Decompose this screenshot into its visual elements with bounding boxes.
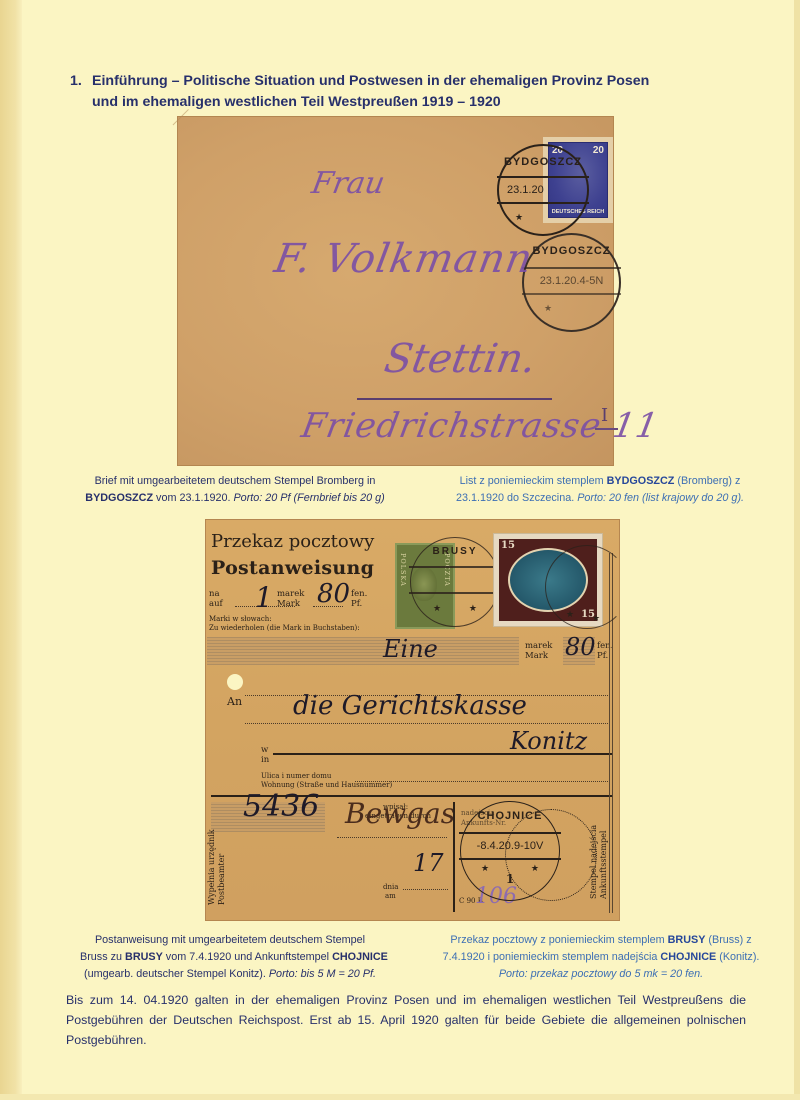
label-mark: Mark	[277, 599, 300, 609]
postmark-bar	[459, 832, 561, 834]
recipient-place: Konitz	[510, 727, 587, 755]
signature-line	[337, 837, 447, 838]
caption-line: Postanweisung mit umgearbeitetem deutsch…	[80, 932, 380, 949]
postmark-bar	[459, 858, 561, 860]
star-icon: ★	[592, 614, 600, 624]
amount-words-field	[207, 637, 519, 665]
caption-line: Brief mit umgearbeitetem deutschem Stemp…	[85, 473, 385, 490]
label-pf: Pf.	[597, 651, 608, 661]
caption-bold: CHOJNICE	[660, 951, 716, 963]
caption-text: (Bruss) z	[705, 934, 751, 946]
caption-line: 23.1.1920 do Szczecina. Porto: 20 fen (l…	[440, 490, 760, 507]
punch-hole	[227, 674, 243, 690]
star-icon: ★	[433, 604, 441, 614]
envelope-corner-mark	[173, 109, 205, 141]
form-title-polish: Przekaz pocztowy	[211, 531, 374, 552]
label-na: na	[209, 589, 220, 599]
label-fen: fen.	[351, 589, 367, 599]
caption-text: 23.1.1920 do Szczecina.	[456, 492, 577, 504]
caption-bold: BYDGOSZCZ	[85, 492, 153, 504]
postmark-bar	[497, 202, 589, 204]
clerk-signature: Bewgas	[345, 797, 455, 830]
label-street-pl: Ulica i numer domu	[261, 772, 331, 781]
caption-text: List z poniemieckim stemplem	[460, 475, 607, 487]
label-in: in	[261, 755, 269, 765]
caption-line: (umgearb. deutscher Stempel Konitz). Por…	[80, 966, 380, 983]
page-binding-edge	[0, 0, 22, 1100]
postmark-bydgoszcz-1: BYDGOSZCZ 23.1.20 ★	[497, 144, 589, 236]
caption-line: 7.4.1920 i poniemieckim stemplem nadejśc…	[436, 949, 766, 966]
street-line	[355, 781, 610, 782]
stamp-value: 15	[501, 540, 515, 551]
caption-text: vom 23.1.1920.	[153, 492, 233, 504]
postmark-city: BYDGOSZCZ	[499, 156, 587, 168]
caption-bold: BRUSY	[668, 934, 706, 946]
recipient-name: die Gerichtskasse	[293, 691, 527, 721]
label-words-de: Zu wiederholen (die Mark in Buchstaben):	[209, 624, 360, 633]
address-underline	[357, 398, 552, 400]
postmark-city: BRUSY	[411, 546, 499, 557]
caption-order-german: Postanweisung mit umgearbeitetem deutsch…	[80, 932, 380, 983]
postmark-chojnice: CHOJNICE -8.4.20.9-10V ★ ★ 1	[460, 801, 560, 901]
label-an: An	[227, 697, 242, 707]
caption-bold: BYDGOSZCZ	[607, 475, 675, 487]
label-mark: Mark	[525, 651, 548, 661]
side-label-official: Wypełnia urzędnik Postbeamter	[207, 815, 227, 905]
caption-porto: Porto: 20 Pf (Fernbrief bis 20 g)	[233, 492, 384, 504]
heading-line-2: und im ehemaligen westlichen Teil Westpr…	[92, 92, 501, 113]
postmark-bydgoszcz-2: BYDGOSZCZ 23.1.20.4-5N ★	[522, 233, 621, 332]
footer-paragraph: Bis zum 14. 04.1920 galten in der ehemal…	[66, 990, 746, 1050]
amount-marks: 1	[255, 581, 273, 614]
caption-porto: Porto: bis 5 M = 20 Pf.	[269, 968, 376, 980]
caption-line: Przekaz pocztowy z poniemieckim stemplem…	[436, 932, 766, 949]
side-label-pl: Stempel nadejścia	[589, 825, 598, 899]
money-order-image: Przekaz pocztowy Postanweisung na auf 1 …	[205, 519, 620, 921]
heading-line-1: Einführung – Politische Situation und Po…	[92, 71, 649, 92]
postmark-date: -8.4.20.9-10V	[461, 840, 559, 852]
caption-text: vom 7.4.1920 und Ankunftstempel	[163, 951, 332, 963]
caption-line: List z poniemieckim stemplem BYDGOSZCZ (…	[440, 473, 760, 490]
amount-in-words: Eine	[383, 635, 438, 663]
side-label-arrival: Stempel nadejścia Ankunftsstempel	[589, 809, 609, 899]
field-divider	[453, 802, 455, 912]
postmark-bar	[409, 592, 501, 594]
label-fen: fen.	[597, 641, 613, 651]
envelope-image: 20 20 DEUTSCHES REICH BYDGOSZCZ 23.1.20 …	[177, 116, 614, 466]
caption-line: Porto: przekaz pocztowy do 5 mk = 20 fen…	[436, 966, 766, 983]
postmark-number: 1	[461, 872, 559, 886]
day-number: 17	[413, 849, 444, 877]
page-bottom-edge	[0, 1094, 800, 1100]
caption-text: 7.4.1920 i poniemieckim stemplem nadejśc…	[443, 951, 661, 963]
star-icon: ★	[469, 604, 477, 614]
label-marek: marek	[277, 589, 304, 599]
label-date-pl: dnia	[383, 883, 398, 892]
caption-text: Bruss zu	[80, 951, 125, 963]
caption-text: (umgearb. deutscher Stempel Konitz).	[84, 968, 269, 980]
address-line	[245, 723, 610, 724]
caption-bold: CHOJNICE	[332, 951, 388, 963]
label-auf: auf	[209, 599, 223, 609]
form-title-german: Postanweisung	[211, 557, 374, 579]
postmark-brusy: BRUSY ★ ★	[410, 537, 500, 627]
postmark-bar	[522, 293, 621, 295]
label-date-de: am	[385, 892, 396, 901]
postmark-city: BYDGOSZCZ	[524, 245, 619, 257]
star-icon: ★	[544, 303, 552, 314]
caption-text: (Konitz).	[716, 951, 759, 963]
address-floor: I	[601, 405, 608, 426]
stamp-inscription: POLSKA	[399, 553, 407, 587]
date-line	[403, 889, 448, 890]
star-icon: ★	[515, 212, 523, 223]
postmark-city: CHOJNICE	[461, 810, 559, 822]
postmark-date: 23.1.20	[499, 184, 587, 196]
caption-line: Bruss zu BRUSY vom 7.4.1920 und Ankunfts…	[80, 949, 380, 966]
postmark-brusy-2: ★ ★	[545, 545, 629, 629]
side-label-de: Postbeamter	[217, 854, 226, 905]
section-number: 1.	[70, 71, 82, 92]
side-label-pl: Wypełnia urzędnik	[207, 829, 216, 905]
label-marek: marek	[525, 641, 552, 651]
ledger-number: 5436	[243, 789, 319, 824]
amount-pf-repeat: 80	[565, 633, 596, 661]
address-city: Stettin.	[381, 336, 540, 382]
caption-text: Przekaz pocztowy z poniemieckim stemplem	[450, 934, 667, 946]
amount-pf: 80	[317, 579, 350, 609]
address-name: F. Volkmann	[271, 236, 537, 282]
caption-porto: Porto: przekaz pocztowy do 5 mk = 20 fen…	[499, 968, 703, 980]
caption-line: BYDGOSZCZ vom 23.1.1920. Porto: 20 Pf (F…	[85, 490, 385, 507]
label-pf: Pf.	[351, 599, 362, 609]
stamp-value: 20	[593, 145, 604, 156]
star-icon: ★	[566, 610, 574, 620]
caption-porto: Porto: 20 fen (list krajowy do 20 g).	[577, 492, 744, 504]
caption-cover-german: Brief mit umgearbeitetem deutschem Stemp…	[85, 473, 385, 507]
caption-text: (Bromberg) z	[674, 475, 740, 487]
postmark-bar	[409, 566, 501, 568]
caption-cover-polish: List z poniemieckim stemplem BYDGOSZCZ (…	[440, 473, 760, 507]
caption-order-polish: Przekaz pocztowy z poniemieckim stemplem…	[436, 932, 766, 983]
address-floor-underline	[595, 428, 618, 430]
postmark-bar	[497, 176, 589, 178]
address-salutation: Frau	[309, 166, 388, 201]
label-words-pl: Marki w słowach:	[209, 615, 272, 624]
page-right-edge	[794, 0, 800, 1100]
caption-bold: BRUSY	[125, 951, 163, 963]
label-w: w	[261, 745, 268, 755]
postmark-date: 23.1.20.4-5N	[524, 275, 619, 287]
side-label-de: Ankunftsstempel	[599, 831, 608, 899]
postmark-bar	[522, 267, 621, 269]
